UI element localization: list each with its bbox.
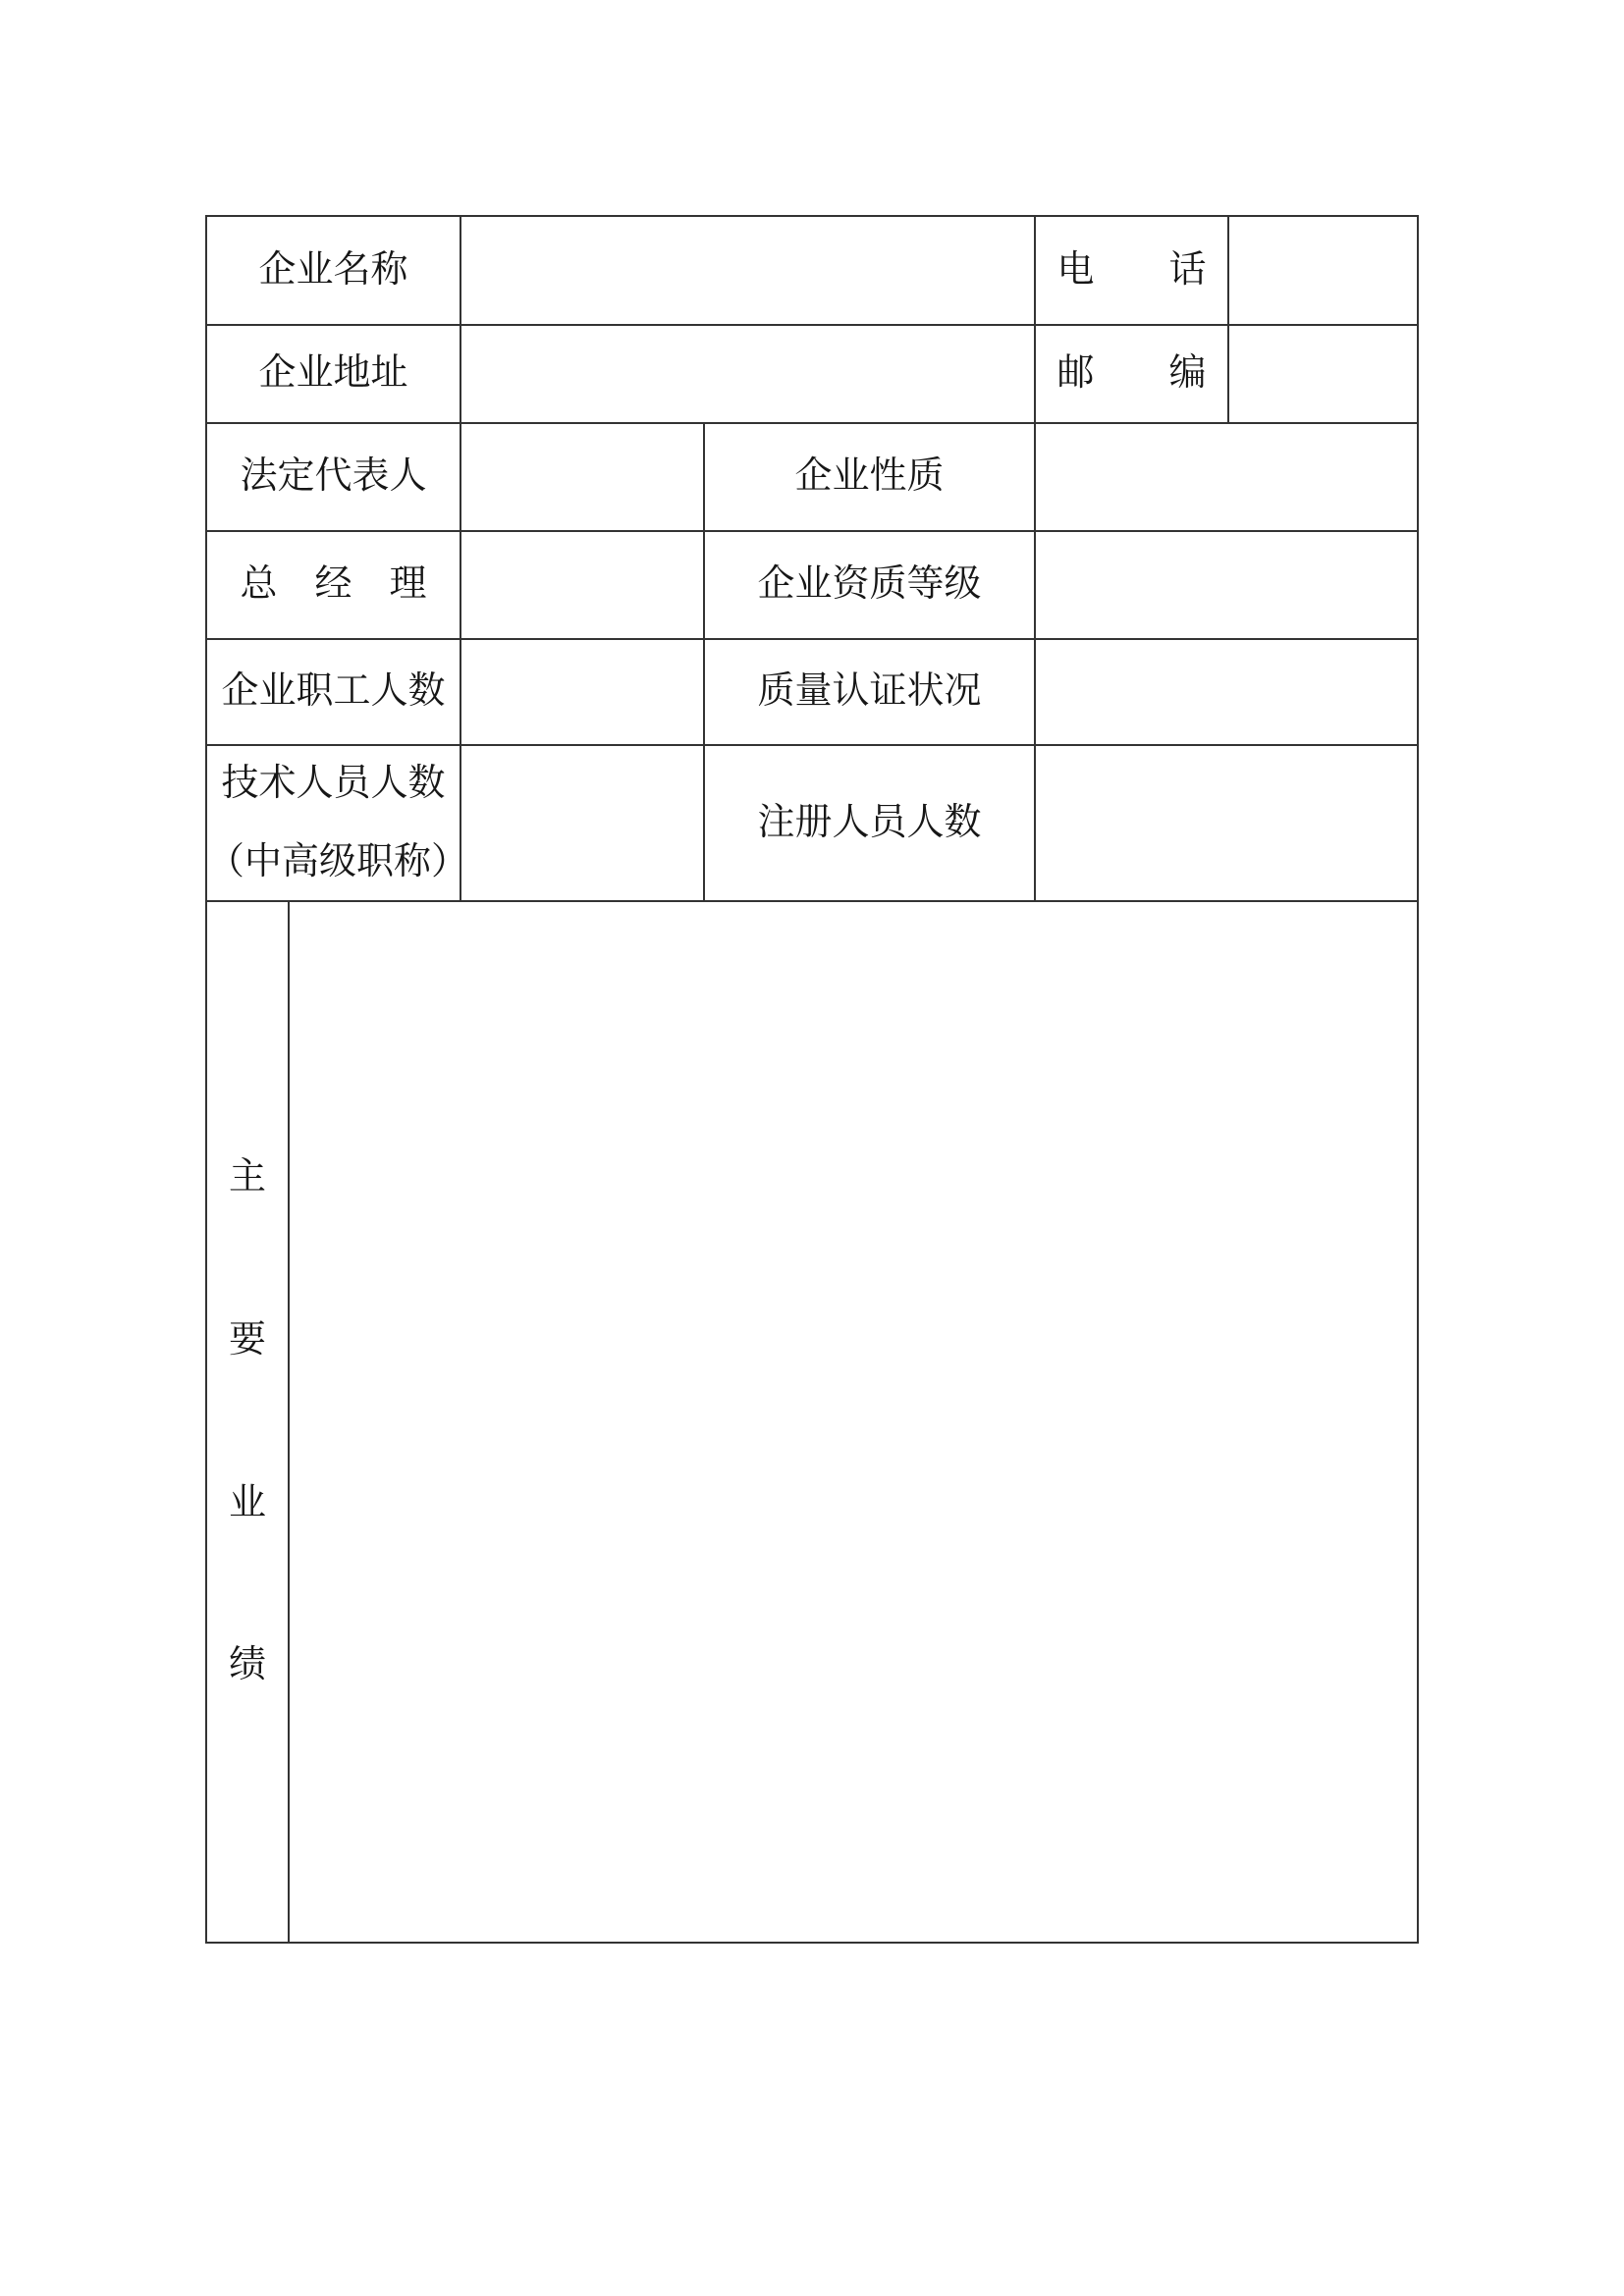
main-performance-char-1: 主	[229, 1155, 266, 1201]
general-manager-value-field[interactable]	[461, 532, 705, 638]
technical-staff-label: 技术人员人数 （中高级职称）	[207, 746, 461, 900]
registered-staff-label: 注册人员人数	[705, 746, 1036, 900]
main-performance-char-3: 业	[229, 1481, 266, 1526]
row-general-manager: 总 经 理 企业资质等级	[207, 532, 1417, 640]
company-address-label: 企业地址	[207, 326, 461, 422]
qualification-level-label: 企业资质等级	[705, 532, 1036, 638]
main-performance-value-field[interactable]	[290, 902, 1417, 1942]
main-performance-char-2: 要	[229, 1318, 266, 1363]
qualification-level-value-field[interactable]	[1036, 532, 1417, 638]
row-main-performance: 主 要 业 绩	[207, 902, 1417, 1942]
main-performance-char-4: 绩	[229, 1643, 266, 1688]
company-name-label: 企业名称	[207, 217, 461, 324]
legal-representative-value-field[interactable]	[461, 424, 705, 530]
registered-staff-value-field[interactable]	[1036, 746, 1417, 900]
main-performance-label: 主 要 业 绩	[207, 902, 290, 1942]
phone-label: 电 话	[1036, 217, 1229, 324]
document-page: 企业名称 电 话 企业地址 邮 编 法定代表人 企业性质 总 经 理 企业资质等…	[0, 0, 1624, 2296]
phone-value-field[interactable]	[1229, 217, 1417, 324]
employee-count-value-field[interactable]	[461, 640, 705, 744]
general-manager-label: 总 经 理	[207, 532, 461, 638]
legal-representative-label: 法定代表人	[207, 424, 461, 530]
row-employee-count: 企业职工人数 质量认证状况	[207, 640, 1417, 746]
postal-code-label: 邮 编	[1036, 326, 1229, 422]
company-name-value-field[interactable]	[461, 217, 1036, 324]
row-technical-staff: 技术人员人数 （中高级职称） 注册人员人数	[207, 746, 1417, 902]
company-nature-value-field[interactable]	[1036, 424, 1417, 530]
row-company-name: 企业名称 电 话	[207, 217, 1417, 326]
technical-staff-value-field[interactable]	[461, 746, 705, 900]
row-company-address: 企业地址 邮 编	[207, 326, 1417, 424]
employee-count-label: 企业职工人数	[207, 640, 461, 744]
quality-certification-value-field[interactable]	[1036, 640, 1417, 744]
row-legal-representative: 法定代表人 企业性质	[207, 424, 1417, 532]
postal-code-value-field[interactable]	[1229, 326, 1417, 422]
company-address-value-field[interactable]	[461, 326, 1036, 422]
company-info-table: 企业名称 电 话 企业地址 邮 编 法定代表人 企业性质 总 经 理 企业资质等…	[205, 215, 1419, 1944]
quality-certification-label: 质量认证状况	[705, 640, 1036, 744]
company-nature-label: 企业性质	[705, 424, 1036, 530]
